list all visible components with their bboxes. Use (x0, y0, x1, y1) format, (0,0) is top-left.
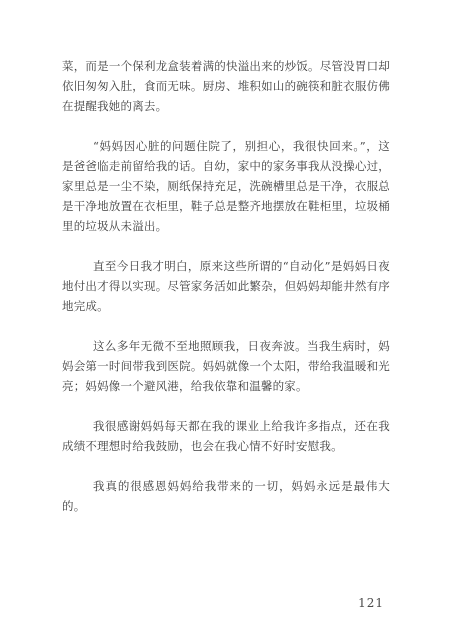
document-page: 菜，而是一个保利龙盒装着满的快溢出来的炒饭。尽管没胃口却依旧匆匆入肚，食而无味。… (0, 0, 450, 640)
paragraph: 直至今日我才明白，原来这些所谓的“自动化”是妈妈日夜地付出才得以实现。尽管家务活… (62, 256, 390, 316)
paragraph: “妈妈因心脏的问题住院了，别担心，我很快回来。”，这是爸爸临走前留给我的话。自幼… (62, 136, 390, 236)
essay-body: 菜，而是一个保利龙盒装着满的快溢出来的炒饭。尽管没胃口却依旧匆匆入肚，食而无味。… (62, 56, 390, 536)
page-number: 121 (358, 597, 384, 610)
paragraph: 这么多年无微不至地照顾我，日夜奔波。当我生病时，妈妈会第一时间带我到医院。妈妈就… (62, 336, 390, 396)
paragraph: 我很感谢妈妈每天都在我的课业上给我许多指点，还在我成绩不理想时给我鼓励，也会在我… (62, 416, 390, 456)
paragraph: 菜，而是一个保利龙盒装着满的快溢出来的炒饭。尽管没胃口却依旧匆匆入肚，食而无味。… (62, 56, 390, 116)
paragraph: 我真的很感恩妈妈给我带来的一切，妈妈永远是最伟大的。 (62, 476, 390, 516)
